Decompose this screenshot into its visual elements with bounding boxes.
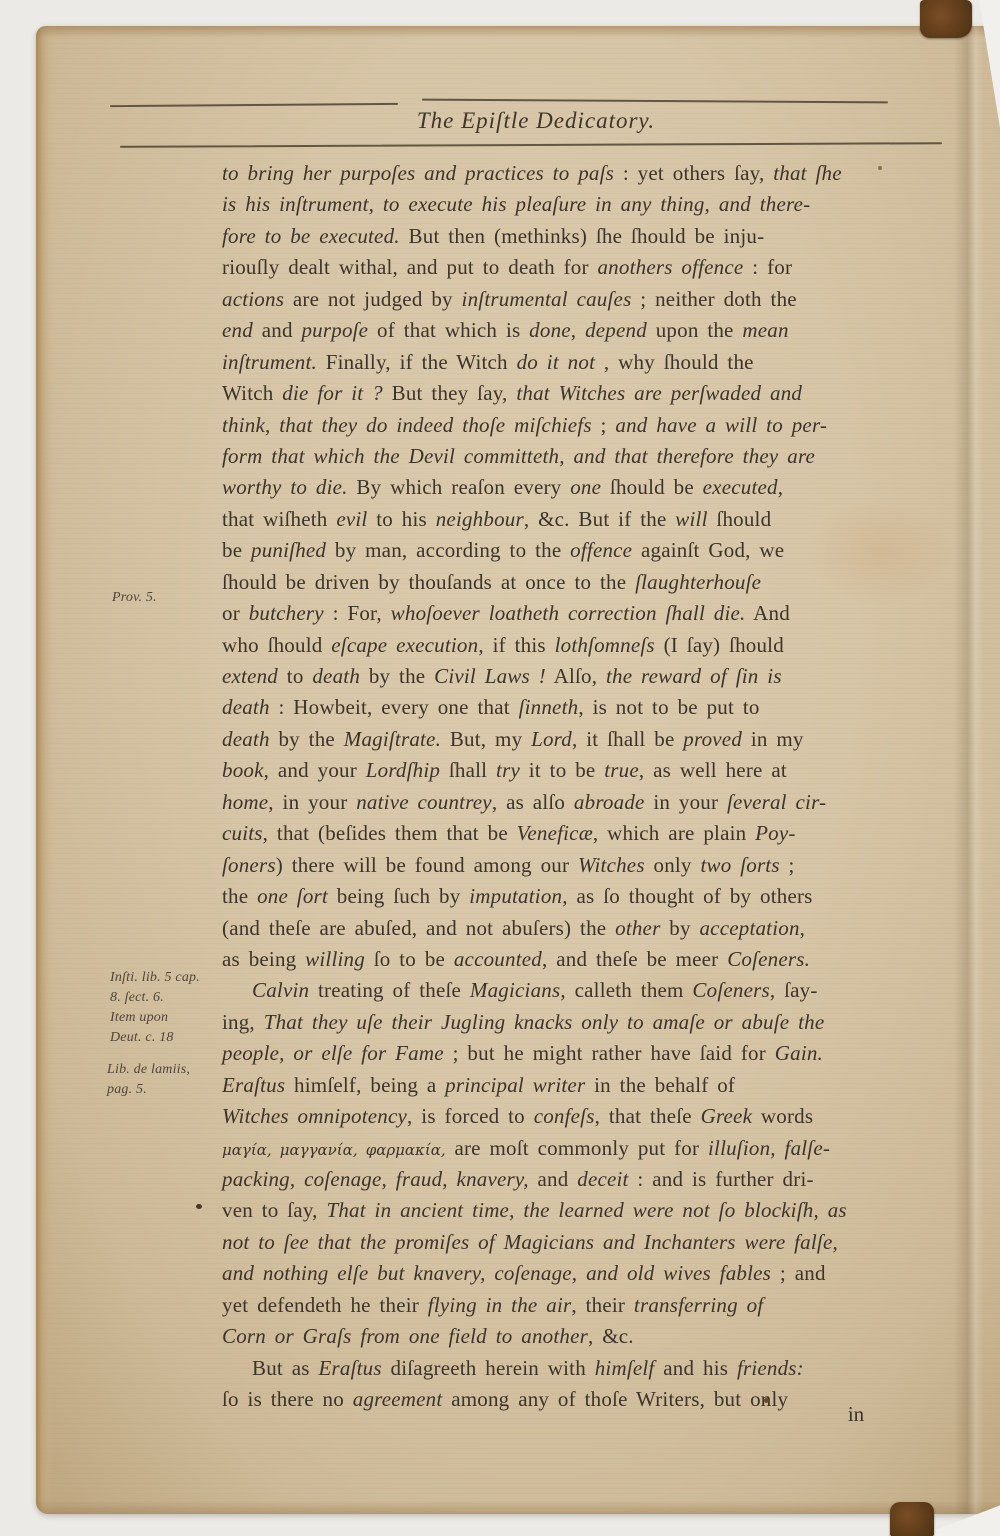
text-line: ſo is there no agreement among any of th… [222, 1384, 912, 1415]
foxing-spot [196, 1204, 202, 1209]
text-line: ing, That they uſe their Jugling knacks … [222, 1007, 912, 1038]
margin-note-insti: Inſti. lib. 5 cap.8. ſect. 6.Item uponDe… [110, 968, 200, 1048]
text-line: end and purpoſe of that which is done, d… [222, 315, 912, 346]
foxing-spot [878, 166, 882, 170]
margin-note-line: Item upon [110, 1008, 200, 1028]
text-line: packing, coſenage, fraud, knavery, and d… [222, 1164, 912, 1195]
text-line: that wiſheth evil to his neighbour, &c. … [222, 504, 912, 535]
text-line: people, or elſe for Fame ; but he might … [222, 1038, 912, 1069]
text-line: is his inſtrument, to execute his pleaſu… [222, 189, 912, 220]
text-line: death : Howbeit, every one that ſinneth,… [222, 692, 912, 723]
text-line: yet defendeth he their flying in the air… [222, 1290, 912, 1321]
text-line: But as Eraſtus diſagreeth herein with hi… [222, 1353, 912, 1384]
margin-note-line: Deut. c. 18 [110, 1028, 200, 1048]
binding-tab-bottom [890, 1502, 934, 1536]
text-line: book, and your Lordſhip ſhall try it to … [222, 755, 912, 786]
text-line: Eraſtus himſelf, being a principal write… [222, 1070, 912, 1101]
header-rule-bottom [120, 142, 942, 148]
text-line: ven to ſay, That in ancient time, the le… [222, 1195, 912, 1226]
text-line: Calvin treating of theſe Magicians, call… [222, 975, 912, 1006]
text-line: riouſly dealt withal, and put to death f… [222, 252, 912, 283]
text-line: μαγία, μαγγανία, φαρμακία, are moſt comm… [222, 1133, 912, 1164]
text-line: (and theſe are abuſed, and not abuſers) … [222, 913, 912, 944]
text-line: worthy to die. By which reaſon every one… [222, 472, 912, 503]
body-text: to bring her purpoſes and practices to p… [222, 158, 912, 1416]
gutter-fold [954, 26, 984, 1514]
text-line: extend to death by the Civil Laws ! Alſo… [222, 661, 912, 692]
text-line: or butchery : For, whoſoever loatheth co… [222, 598, 912, 629]
text-line: not to ſee that the promiſes of Magician… [222, 1227, 912, 1258]
text-line: actions are not judged by inſtrumental c… [222, 284, 912, 315]
margin-note-line: Inſti. lib. 5 cap. [110, 968, 200, 988]
page-header-title: The Epiſtle Dedicatory. [236, 108, 836, 134]
book-page: The Epiſtle Dedicatory. Prov. 5. Inſti. … [36, 26, 1000, 1514]
text-line: be puniſhed by man, according to the off… [222, 535, 912, 566]
margin-note-lamiis: Lib. de lamiis,pag. 5. [107, 1060, 190, 1100]
margin-note-line: 8. ſect. 6. [110, 988, 200, 1008]
text-line: cuits, that (beſides them that be Venefi… [222, 818, 912, 849]
foxing-spot [764, 1398, 769, 1403]
text-line: who ſhould eſcape execution, if this lot… [222, 630, 912, 661]
text-line: home, in your native countrey, as alſo a… [222, 787, 912, 818]
catchword: in [816, 1402, 896, 1427]
text-line: think, that they do indeed thoſe miſchie… [222, 410, 912, 441]
text-line: fore to be executed. But then (methinks)… [222, 221, 912, 252]
text-line: ſhould be driven by thouſands at once to… [222, 567, 912, 598]
text-line: the one ſort being ſuch by imputation, a… [222, 881, 912, 912]
text-line: as being willing ſo to be accounted, and… [222, 944, 912, 975]
text-line: Witches omnipotency, is forced to confeſ… [222, 1101, 912, 1132]
text-line: Corn or Graſs from one field to another,… [222, 1321, 912, 1352]
page-bottom-edge [36, 1500, 1000, 1514]
text-line: inſtrument. Finally, if the Witch do it … [222, 347, 912, 378]
photo-background: { "colors": { "paper": "#d6c5a6", "ink":… [0, 0, 1000, 1536]
text-line: and nothing elſe but knavery, coſenage, … [222, 1258, 912, 1289]
page-fore-edge [36, 26, 54, 1514]
margin-note-prov: Prov. 5. [112, 588, 157, 608]
page-top-edge [36, 26, 1000, 38]
binding-tab-top [920, 0, 972, 38]
text-line: form that which the Devil committeth, an… [222, 441, 912, 472]
text-line: to bring her purpoſes and practices to p… [222, 158, 912, 189]
header-rule-top-right [422, 99, 888, 104]
text-line: Witch die for it ? But they ſay, that Wi… [222, 378, 912, 409]
margin-note-line: Prov. 5. [112, 588, 157, 608]
header-rule-top-left [110, 103, 398, 107]
margin-note-line: Lib. de lamiis, [107, 1060, 190, 1080]
text-line: death by the Magiſtrate. But, my Lord, i… [222, 724, 912, 755]
text-line: ſoners) there will be found among our Wi… [222, 850, 912, 881]
margin-note-line: pag. 5. [107, 1080, 190, 1100]
